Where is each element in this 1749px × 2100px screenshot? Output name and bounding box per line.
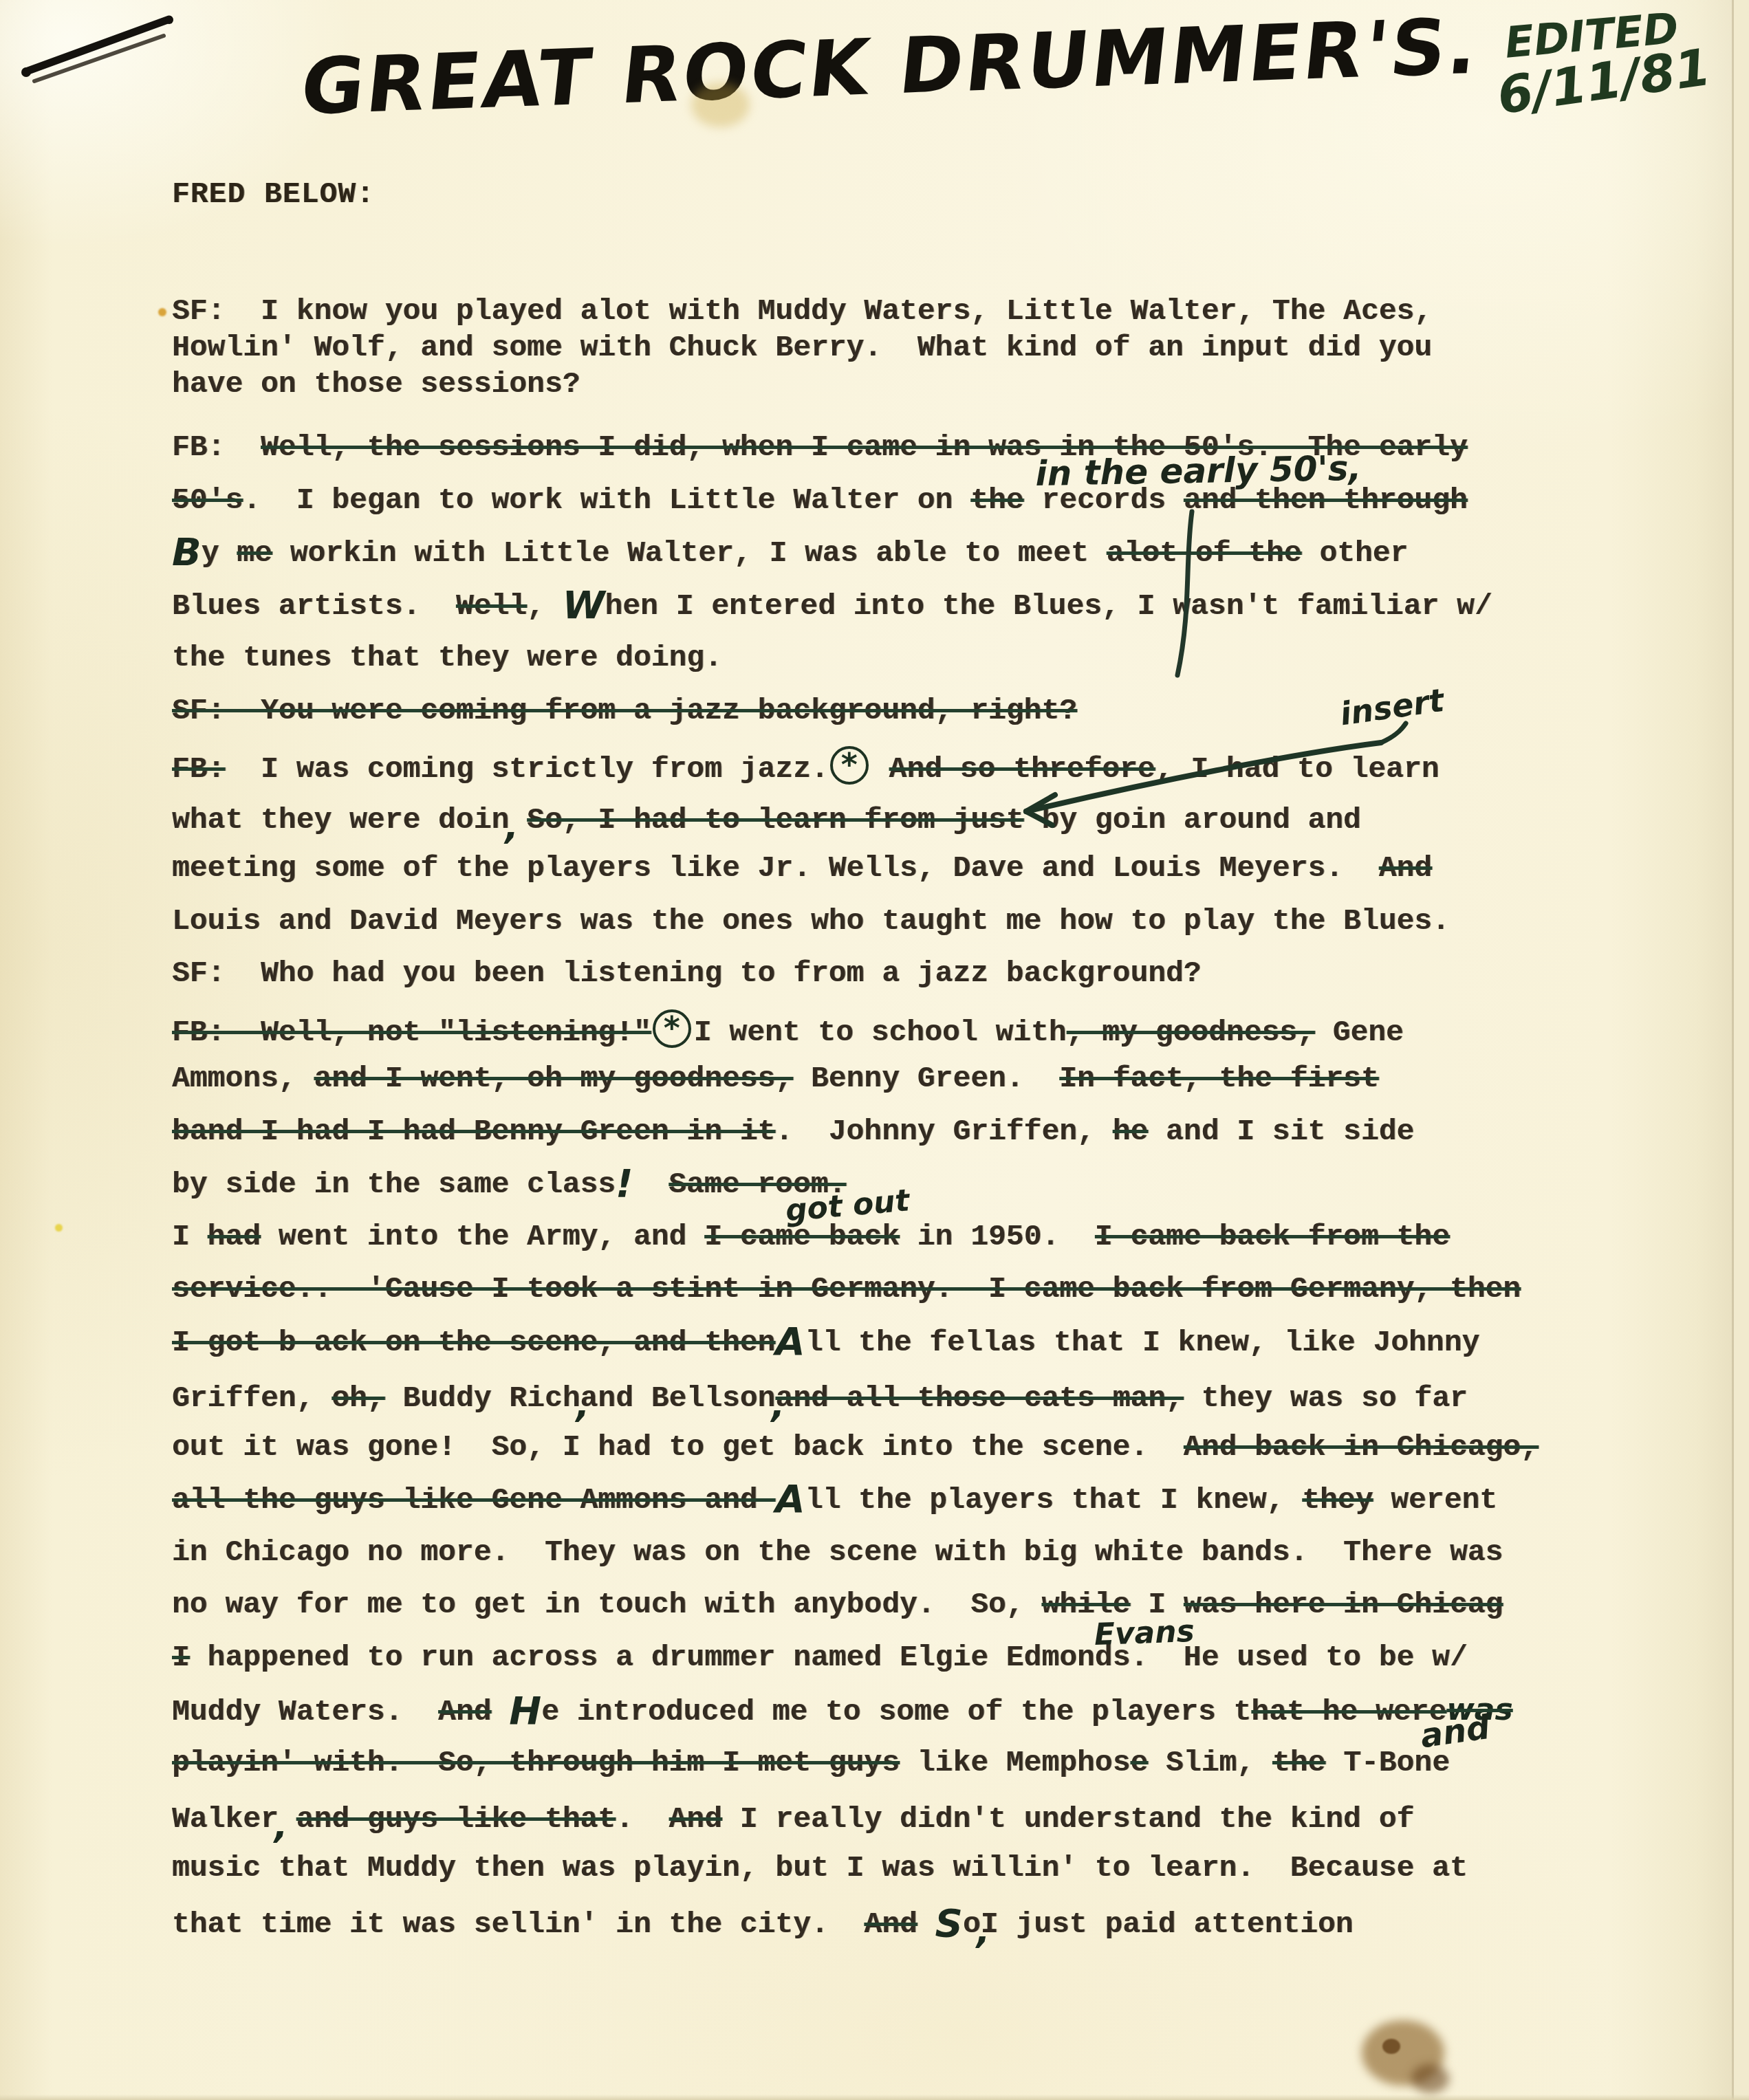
typed-line: I got b ack on the scene, and thenAll th…	[172, 1325, 1616, 1378]
typed-text: ,	[527, 589, 563, 623]
typed-line: music that Muddy then was playin, but I …	[172, 1851, 1616, 1904]
speaker-heading: FRED BELOW:	[172, 177, 375, 211]
asterisk-mark: *	[830, 746, 869, 785]
typed-text: FB:	[172, 430, 261, 464]
typed-text: by side in the same class	[172, 1168, 616, 1201]
typed-text: Buddy Rich	[385, 1381, 580, 1415]
typed-line: meeting some of the players like Jr. Wel…	[172, 851, 1616, 904]
typed-text: I just paid attention	[981, 1907, 1354, 1941]
typed-line: SF: I know you played alot with Muddy Wa…	[172, 294, 1616, 331]
struck-text: service.. 'Cause I took a stint in Germa…	[172, 1272, 1521, 1306]
struck-text: playin' with. So, through him I met guys	[172, 1746, 900, 1780]
typed-line: playin' with. So, through him I met guys…	[172, 1746, 1616, 1799]
struck-text: all the guys like Gene Ammons and	[172, 1483, 775, 1517]
typed-text: I went to school with	[694, 1016, 1067, 1049]
typed-text: the tunes that they were doing.	[172, 641, 722, 675]
top-smudge-stain	[691, 83, 750, 127]
typed-text: Muddy Waters.	[172, 1695, 438, 1729]
typed-text: Benny Green.	[793, 1062, 1059, 1095]
struck-text: hat he were	[1251, 1695, 1446, 1729]
struck-text: was here in Chicag	[1184, 1588, 1503, 1621]
struck-text: band I had I had Benny Green in it	[172, 1115, 775, 1148]
typed-text: went into the Army, and	[261, 1220, 704, 1254]
struck-text: and guys like that	[296, 1802, 616, 1836]
struck-text: and I went, oh my goodness,	[314, 1062, 793, 1095]
struck-text: FB: Well, not "listening!"	[172, 1016, 651, 1049]
struck-text: , my goodness,	[1067, 1016, 1315, 1049]
struck-text: I	[172, 1641, 190, 1674]
typed-text: other	[1302, 536, 1409, 570]
typed-line: out it was gone! So, I had to get back i…	[172, 1430, 1616, 1483]
typed-text: y	[202, 536, 237, 570]
struck-text: And	[669, 1802, 722, 1836]
typed-line: Blues artists. Well, When I entered into…	[172, 589, 1616, 642]
typed-text: I was coming strictly from jazz.	[225, 752, 828, 786]
typed-text: Walker	[172, 1802, 279, 1836]
page-edge-strip	[1734, 0, 1749, 2100]
typed-line: Muddy Waters. And He introduced me to so…	[172, 1693, 1616, 1746]
typed-text: SF: I know you played alot with Muddy Wa…	[172, 294, 1432, 328]
struck-text: So, I had to learn from just	[527, 803, 1024, 837]
page-edge-line	[1732, 0, 1734, 2100]
struck-text: And	[438, 1695, 491, 1729]
insertion-stroke-mark	[1166, 507, 1207, 683]
struck-text: the	[970, 483, 1023, 517]
bottom-stain-small	[1411, 2064, 1449, 2093]
hand-letter: A	[775, 1320, 805, 1364]
typed-text: . Johnny Griffen,	[775, 1115, 1112, 1148]
typed-text: have on those sessions?	[172, 367, 580, 401]
typed-line: no way for me to get in touch with anybo…	[172, 1588, 1616, 1641]
typed-text: e introduced me to some of the players t	[541, 1695, 1251, 1729]
hand-letter: S	[935, 1901, 963, 1946]
hand-letter: B	[172, 530, 202, 575]
typed-text: I really didn't understand the kind of	[722, 1802, 1414, 1836]
staple-icon	[12, 6, 191, 88]
typed-text: meeting some of the players like Jr. Wel…	[172, 851, 1379, 885]
evans-note: Evans	[1094, 1614, 1195, 1652]
typed-text: hen I entered into the Blues, I wasn't f…	[605, 589, 1492, 623]
typed-text: music that Muddy then was playin, but I …	[172, 1851, 1468, 1885]
typed-line: Ammons, and I went, oh my goodness, Benn…	[172, 1062, 1616, 1115]
typed-text	[871, 752, 889, 786]
typed-text: happened to run across a drummer named E…	[190, 1641, 1468, 1674]
typed-text: I	[172, 1220, 208, 1254]
typed-text: Howlin' Wolf, and some with Chuck Berry.…	[172, 331, 1432, 364]
typed-text: Slim,	[1148, 1746, 1272, 1780]
typed-text: and I sit side	[1148, 1115, 1414, 1148]
struck-text: they	[1302, 1483, 1373, 1517]
typed-text: Louis and David Meyers was the ones who …	[172, 904, 1450, 938]
typed-text: .	[616, 1802, 669, 1836]
paper-page: FRED BELOW: SF: I know you played alot w…	[0, 0, 1749, 2100]
typed-text: . I began to work with Little Walter on	[243, 483, 970, 517]
bottom-stain-speck	[1382, 2039, 1400, 2054]
document-lines: SF: I know you played alot with Muddy Wa…	[172, 294, 1616, 1956]
typed-line: I happened to run across a drummer named…	[172, 1641, 1616, 1694]
typed-text: ll the players that I knew,	[805, 1483, 1303, 1517]
typed-text: Ammons,	[172, 1062, 314, 1095]
struck-text: And	[864, 1907, 917, 1941]
hand-letter: A	[775, 1477, 805, 1522]
typed-line: in Chicago no more. They was on the scen…	[172, 1535, 1616, 1588]
struck-text: Well	[456, 589, 527, 623]
typed-text: like Memphos	[900, 1746, 1130, 1780]
typed-line: FB: Well, the sessions I did, when I cam…	[172, 430, 1616, 483]
typed-text	[633, 1168, 669, 1201]
typed-line: Howlin' Wolf, and some with Chuck Berry.…	[172, 331, 1616, 367]
typed-line: FB: Well, not "listening!"*I went to sch…	[172, 1009, 1616, 1062]
typed-text: no way for me to get in touch with anybo…	[172, 1588, 1041, 1621]
struck-text: 50's	[172, 483, 243, 517]
insert-early-50s-note: in the early 50's,	[1035, 448, 1362, 494]
typed-text: they was so far	[1184, 1381, 1468, 1415]
typed-line: that time it was sellin' in the city. An…	[172, 1903, 1616, 1956]
scanned-document: { "heading": { "speaker": "FRED BELOW:" …	[0, 0, 1749, 2100]
typed-line: all the guys like Gene Ammons and All th…	[172, 1483, 1616, 1535]
typed-text: Gene	[1315, 1016, 1404, 1049]
sf-bullet-dot	[158, 308, 166, 316]
typed-line: the tunes that they were doing.	[172, 641, 1616, 694]
struck-text: had	[208, 1220, 261, 1254]
typed-text: what they were doin	[172, 803, 509, 837]
typed-text	[917, 1907, 935, 1941]
typed-text: werent	[1373, 1483, 1497, 1517]
struck-text: In fact, the first	[1059, 1062, 1378, 1095]
margin-yellow-dot	[55, 1224, 63, 1232]
struck-text: e	[1130, 1746, 1148, 1780]
typed-line: SF: Who had you been listening to from a…	[172, 956, 1616, 1009]
typed-line: I had went into the Army, and I came bac…	[172, 1220, 1616, 1273]
struck-text: the	[1272, 1746, 1325, 1780]
struck-text: And back in Chicago,	[1184, 1430, 1539, 1464]
typed-text: in Chicago no more. They was on the scen…	[172, 1535, 1503, 1569]
struck-text: FB:	[172, 752, 225, 786]
typed-line: Griffen, oh, Buddy Rich,and Bellson,and …	[172, 1377, 1616, 1430]
typed-text: and Bellson	[580, 1381, 776, 1415]
asterisk-mark: *	[653, 1009, 691, 1048]
typed-text: Blues artists.	[172, 589, 456, 623]
page-edge-bottom	[0, 2094, 1749, 2100]
struck-text: me	[237, 536, 272, 570]
typed-text: SF: Who had you been listening to from a…	[172, 956, 1202, 990]
typed-text: Griffen,	[172, 1381, 332, 1415]
typed-line: Walker, and guys like that. And I really…	[172, 1798, 1616, 1851]
struck-text: and all those cats man,	[775, 1381, 1184, 1415]
struck-text: he	[1113, 1115, 1149, 1148]
typed-text: out it was gone! So, I had to get back i…	[172, 1430, 1184, 1464]
hand-letter: W	[563, 583, 605, 628]
typed-line: have on those sessions?	[172, 367, 1616, 404]
struck-text: SF: You were coming from a jazz backgrou…	[172, 694, 1077, 728]
typed-line: service.. 'Cause I took a stint in Germa…	[172, 1272, 1616, 1325]
typed-line: By me workin with Little Walter, I was a…	[172, 536, 1616, 589]
typed-line: band I had I had Benny Green in it. John…	[172, 1115, 1616, 1168]
typed-text: ll the fellas that I knew, like Johnny	[805, 1326, 1480, 1359]
typed-text	[492, 1695, 510, 1729]
struck-text: And	[1379, 851, 1432, 885]
typed-line: Louis and David Meyers was the ones who …	[172, 904, 1616, 957]
typed-text: in 1950.	[900, 1220, 1095, 1254]
hand-letter: H	[509, 1689, 541, 1733]
struck-text: I came back from the	[1095, 1220, 1450, 1254]
typed-text: workin with Little Walter, I was able to…	[272, 536, 1107, 570]
typed-line: 50's. I began to work with Little Walter…	[172, 483, 1616, 536]
handwritten-title: GREAT ROCK DRUMMER'S.	[296, 1, 1484, 132]
hand-letter: !	[616, 1161, 633, 1206]
struck-text: oh,	[332, 1381, 384, 1415]
typed-text: that time it was sellin' in the city.	[172, 1907, 864, 1941]
struck-text: I got b ack on the scene, and then	[172, 1326, 775, 1359]
